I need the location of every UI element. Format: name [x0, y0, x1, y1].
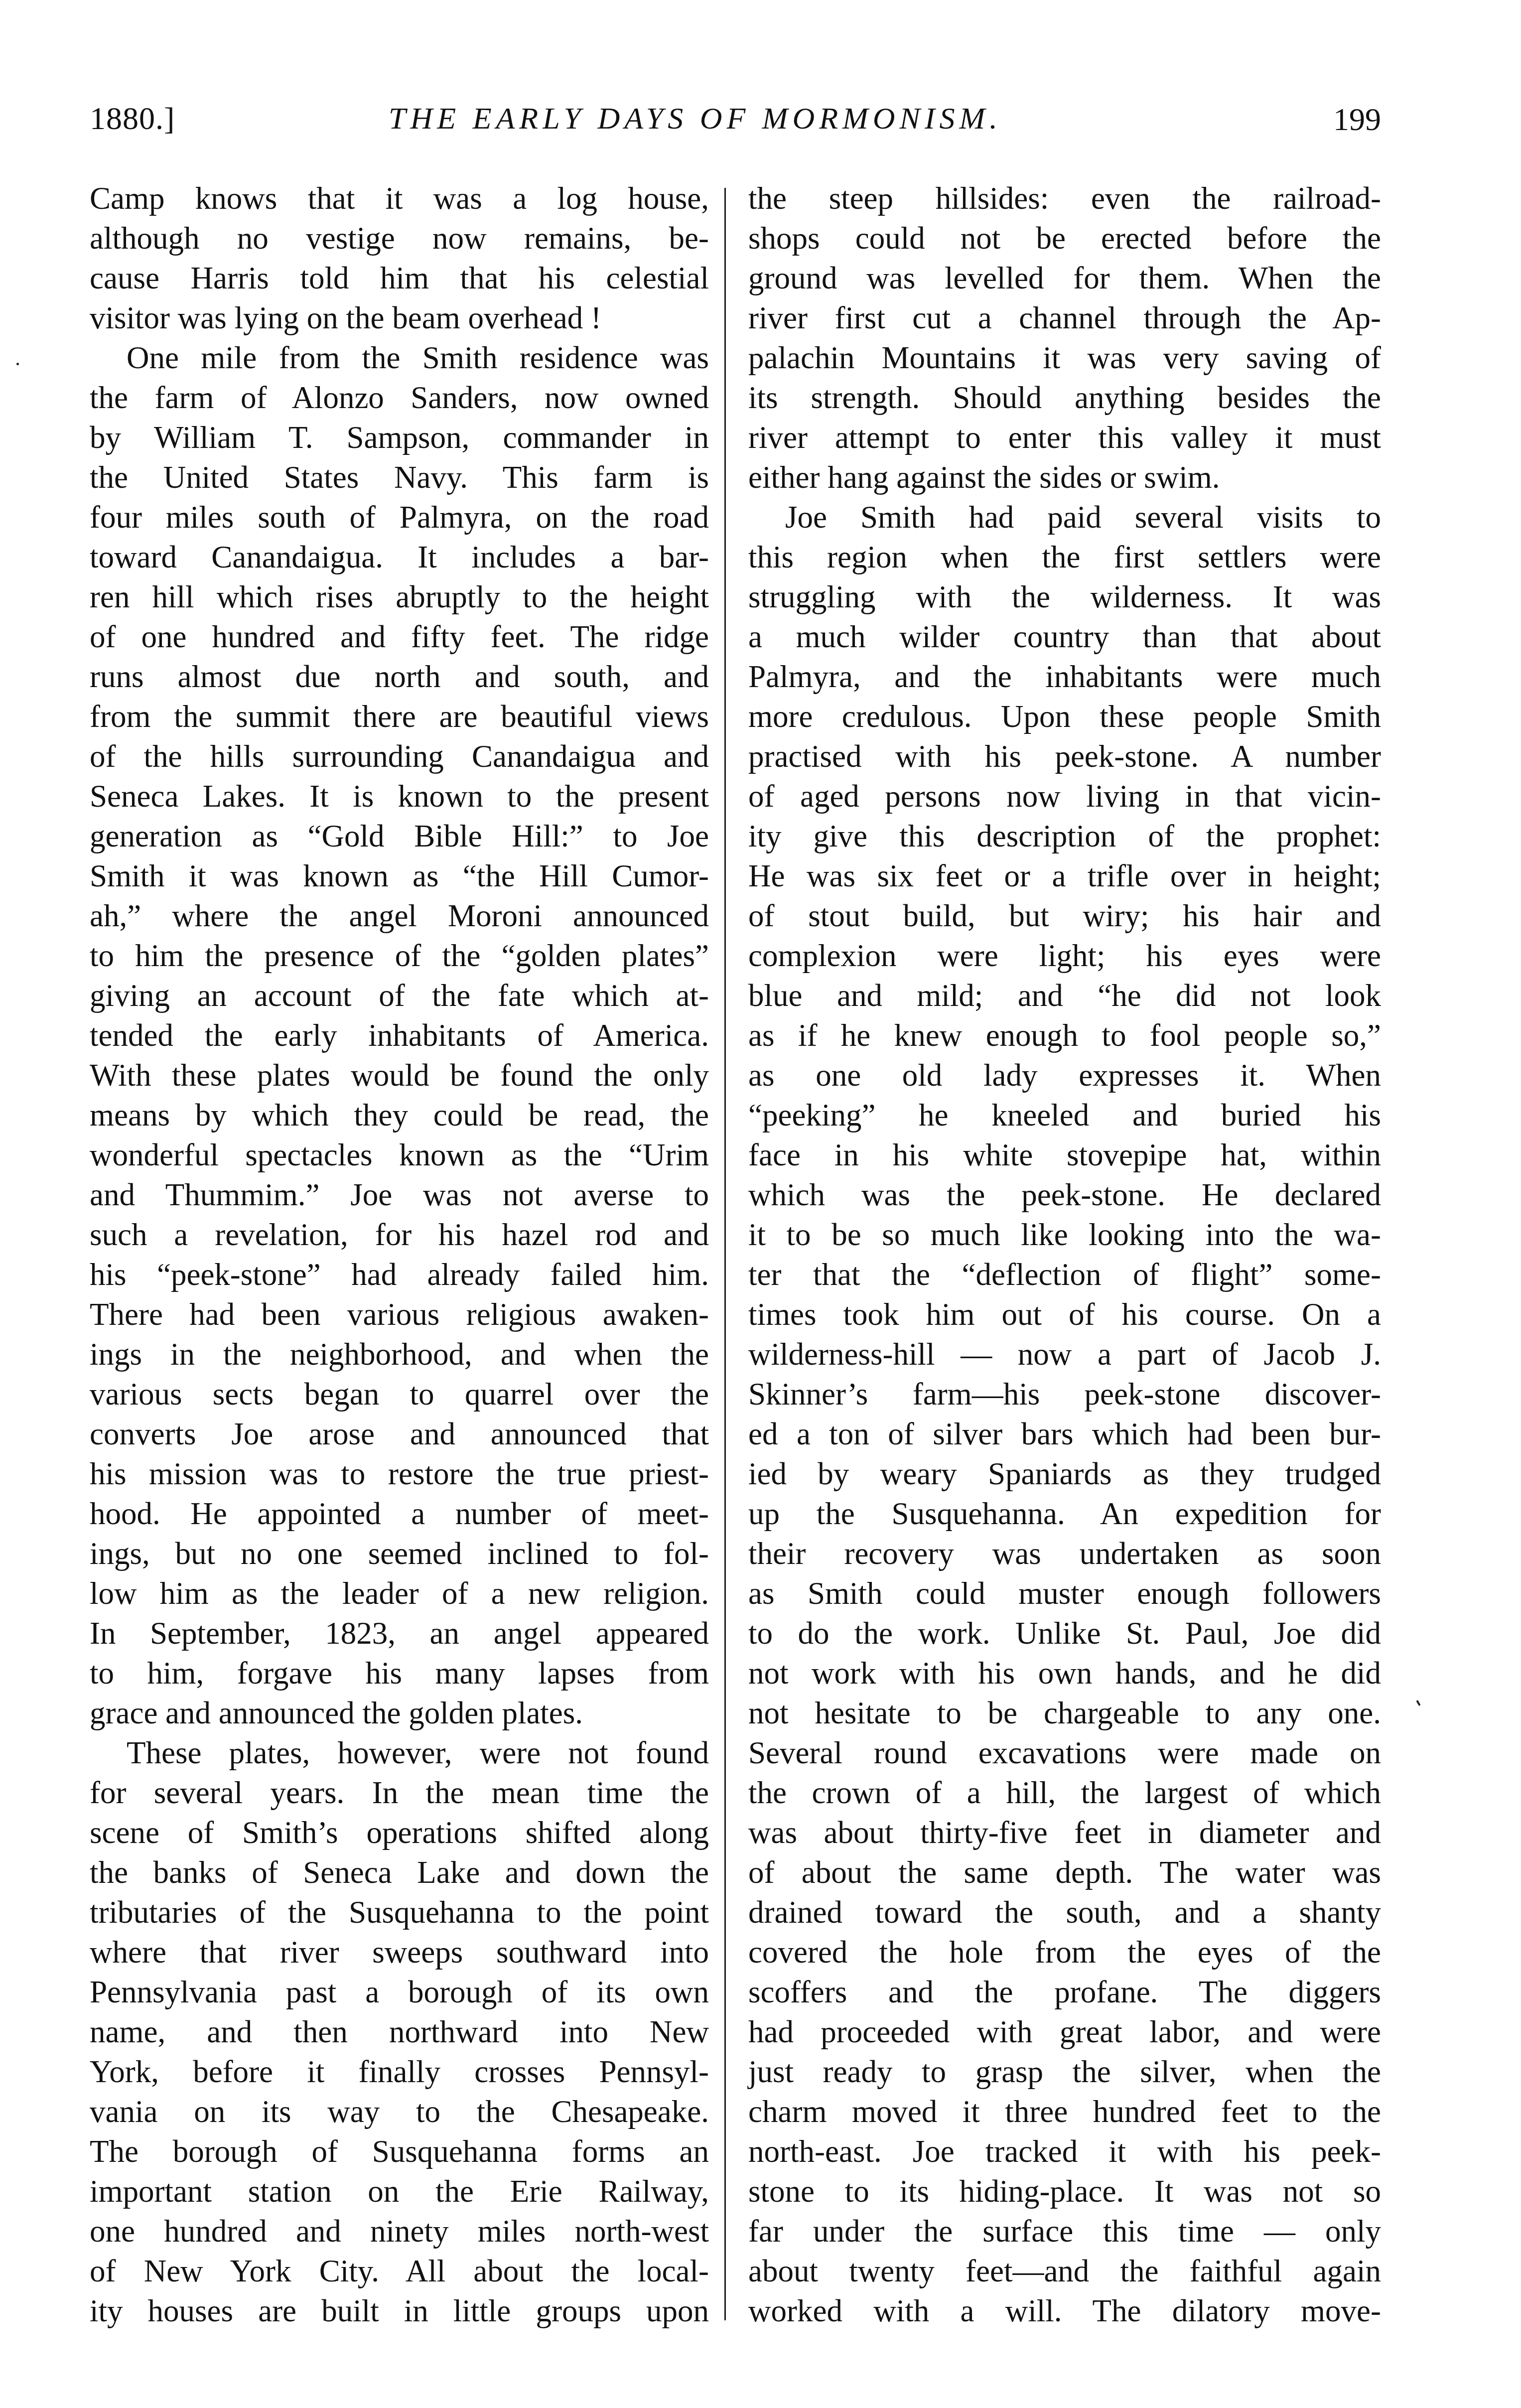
text-line: although no vestige now remains, be-	[90, 218, 709, 258]
text-line: more credulous. Upon these people Smith	[748, 697, 1381, 736]
text-line: the United States Navy. This farm is	[90, 457, 709, 497]
header-title: THE EARLY DAYS OF MORMONISM.	[389, 99, 1002, 139]
text-line: Smith it was known as “the Hill Cumor-	[90, 856, 709, 896]
text-line: such a revelation, for his hazel rod and	[90, 1215, 709, 1255]
text-line: face in his white stovepipe hat, within	[748, 1135, 1381, 1175]
text-line: wonderful spectacles known as the “Urim	[90, 1135, 709, 1175]
text-line: a much wilder country than that about	[748, 617, 1381, 657]
text-line: converts Joe arose and announced that	[90, 1414, 709, 1454]
text-line: blue and mild; and “he did not look	[748, 976, 1381, 1015]
text-line: covered the hole from the eyes of the	[748, 1932, 1381, 1972]
text-line: Several round excavations were made on	[748, 1733, 1381, 1773]
text-line: to him the presence of the “golden plate…	[90, 936, 709, 976]
header-year: 1880.]	[90, 99, 175, 139]
text-line: wilderness-hill — now a part of Jacob J.	[748, 1334, 1381, 1374]
text-line: their recovery was undertaken as soon	[748, 1534, 1381, 1573]
text-line: river attempt to enter this valley it mu…	[748, 418, 1381, 457]
text-line: the steep hillsides: even the railroad-	[748, 178, 1381, 218]
right-column: the steep hillsides: even the railroad-s…	[748, 178, 1381, 2331]
text-line: runs almost due north and south, and	[90, 657, 709, 697]
text-line: ity give this description of the prophet…	[748, 816, 1381, 856]
text-line: complexion were light; his eyes were	[748, 936, 1381, 976]
text-line: north-east. Joe tracked it with his peek…	[748, 2131, 1381, 2171]
text-line: ter that the “deflection of flight” some…	[748, 1255, 1381, 1294]
text-line: it to be so much like looking into the w…	[748, 1215, 1381, 1255]
text-line: just ready to grasp the silver, when the	[748, 2052, 1381, 2092]
text-line: ed a ton of silver bars which had been b…	[748, 1414, 1381, 1454]
text-line: as Smith could muster enough followers	[748, 1573, 1381, 1613]
scanned-page: 1880.] THE EARLY DAYS OF MORMONISM. 199 …	[0, 0, 1521, 2408]
page-number: 199	[1333, 100, 1381, 140]
text-line: ings, but no one seemed inclined to fol-	[90, 1534, 709, 1573]
text-line: York, before it finally crosses Pennsyl-	[90, 2052, 709, 2092]
text-line: of stout build, but wiry; his hair and	[748, 896, 1381, 936]
text-line: drained toward the south, and a shanty	[748, 1892, 1381, 1932]
text-line: as one old lady expresses it. When	[748, 1055, 1381, 1095]
text-line: four miles south of Palmyra, on the road	[90, 497, 709, 537]
text-line: for several years. In the mean time the	[90, 1773, 709, 1813]
text-line: the farm of Alonzo Sanders, now owned	[90, 378, 709, 418]
text-line: up the Susquehanna. An expedition for	[748, 1494, 1381, 1534]
text-line: scene of Smith’s operations shifted alon…	[90, 1813, 709, 1852]
text-line: river first cut a channel through the Ap…	[748, 298, 1381, 338]
text-line: worked with a will. The dilatory move-	[748, 2291, 1381, 2331]
running-header: 1880.] THE EARLY DAYS OF MORMONISM. 199	[90, 99, 1381, 139]
text-line: far under the surface this time — only	[748, 2211, 1381, 2251]
text-line: stone to its hiding-place. It was not so	[748, 2171, 1381, 2211]
text-line: ground was levelled for them. When the	[748, 258, 1381, 298]
text-line: giving an account of the fate which at-	[90, 976, 709, 1015]
left-column: Camp knows that it was a log house,altho…	[90, 178, 709, 2331]
text-line: of one hundred and fifty feet. The ridge	[90, 617, 709, 657]
text-line: Skinner’s farm—his peek-stone discover-	[748, 1374, 1381, 1414]
text-line: of New York City. All about the local-	[90, 2251, 709, 2291]
text-line: practised with his peek-stone. A number	[748, 736, 1381, 776]
text-line: The borough of Susquehanna forms an	[90, 2131, 709, 2171]
text-line: struggling with the wilderness. It was	[748, 577, 1381, 617]
text-line: Camp knows that it was a log house,	[90, 178, 709, 218]
margin-speck	[16, 363, 19, 365]
text-line: either hang against the sides or swim.	[748, 457, 1381, 497]
text-line: visitor was lying on the beam overhead !	[90, 298, 709, 338]
text-line: Palmyra, and the inhabitants were much	[748, 657, 1381, 697]
margin-speck	[1416, 1700, 1420, 1706]
text-line: of aged persons now living in that vicin…	[748, 776, 1381, 816]
text-line: tributaries of the Susquehanna to the po…	[90, 1892, 709, 1932]
text-line: cause Harris told him that his celestial	[90, 258, 709, 298]
column-divider-rule	[724, 188, 726, 2320]
text-line: his mission was to restore the true prie…	[90, 1454, 709, 1494]
text-line: means by which they could be read, the	[90, 1095, 709, 1135]
text-line: the crown of a hill, the largest of whic…	[748, 1773, 1381, 1813]
text-line: its strength. Should anything besides th…	[748, 378, 1381, 418]
text-line: of about the same depth. The water was	[748, 1852, 1381, 1892]
text-line: not hesitate to be chargeable to any one…	[748, 1693, 1381, 1733]
text-line: Pennsylvania past a borough of its own	[90, 1972, 709, 2012]
text-line: toward Canandaigua. It includes a bar-	[90, 537, 709, 577]
text-line: low him as the leader of a new religion.	[90, 1573, 709, 1613]
text-line: grace and announced the golden plates.	[90, 1693, 709, 1733]
text-line: tended the early inhabitants of America.	[90, 1015, 709, 1055]
text-line: charm moved it three hundred feet to the	[748, 2092, 1381, 2131]
text-line: one hundred and ninety miles north-west	[90, 2211, 709, 2251]
text-line: With these plates would be found the onl…	[90, 1055, 709, 1095]
text-line: vania on its way to the Chesapeake.	[90, 2092, 709, 2131]
text-line: He was six feet or a trifle over in heig…	[748, 856, 1381, 896]
text-line: “peeking” he kneeled and buried his	[748, 1095, 1381, 1135]
text-line: to him, forgave his many lapses from	[90, 1653, 709, 1693]
text-line: shops could not be erected before the	[748, 218, 1381, 258]
text-line: had proceeded with great labor, and were	[748, 2012, 1381, 2052]
text-line: Seneca Lakes. It is known to the present	[90, 776, 709, 816]
text-line: by William T. Sampson, commander in	[90, 418, 709, 457]
text-line: important station on the Erie Railway,	[90, 2171, 709, 2211]
text-line: various sects began to quarrel over the	[90, 1374, 709, 1414]
text-line: his “peek-stone” had already failed him.	[90, 1255, 709, 1294]
text-line: hood. He appointed a number of meet-	[90, 1494, 709, 1534]
text-line: not work with his own hands, and he did	[748, 1653, 1381, 1693]
text-line: One mile from the Smith residence was	[90, 338, 709, 378]
text-line: ity houses are built in little groups up…	[90, 2291, 709, 2331]
text-line: the banks of Seneca Lake and down the	[90, 1852, 709, 1892]
text-line: ren hill which rises abruptly to the hei…	[90, 577, 709, 617]
text-line: ings in the neighborhood, and when the	[90, 1334, 709, 1374]
text-line: In September, 1823, an angel appeared	[90, 1613, 709, 1653]
text-line: times took him out of his course. On a	[748, 1294, 1381, 1334]
text-line: about twenty feet—and the faithful again	[748, 2251, 1381, 2291]
text-line: as if he knew enough to fool people so,”	[748, 1015, 1381, 1055]
text-line: ied by weary Spaniards as they trudged	[748, 1454, 1381, 1494]
text-line: from the summit there are beautiful view…	[90, 697, 709, 736]
text-line: name, and then northward into New	[90, 2012, 709, 2052]
text-line: There had been various religious awaken-	[90, 1294, 709, 1334]
text-line: and Thummim.” Joe was not averse to	[90, 1175, 709, 1215]
text-line: where that river sweeps southward into	[90, 1932, 709, 1972]
text-line: scoffers and the profane. The diggers	[748, 1972, 1381, 2012]
text-line: of the hills surrounding Canandaigua and	[90, 736, 709, 776]
text-line: ah,” where the angel Moroni announced	[90, 896, 709, 936]
text-line: this region when the first settlers were	[748, 537, 1381, 577]
text-line: These plates, however, were not found	[90, 1733, 709, 1773]
text-line: generation as “Gold Bible Hill:” to Joe	[90, 816, 709, 856]
text-line: palachin Mountains it was very saving of	[748, 338, 1381, 378]
text-line: which was the peek-stone. He declared	[748, 1175, 1381, 1215]
text-line: to do the work. Unlike St. Paul, Joe did	[748, 1613, 1381, 1653]
text-line: Joe Smith had paid several visits to	[748, 497, 1381, 537]
text-line: was about thirty-five feet in diameter a…	[748, 1813, 1381, 1852]
